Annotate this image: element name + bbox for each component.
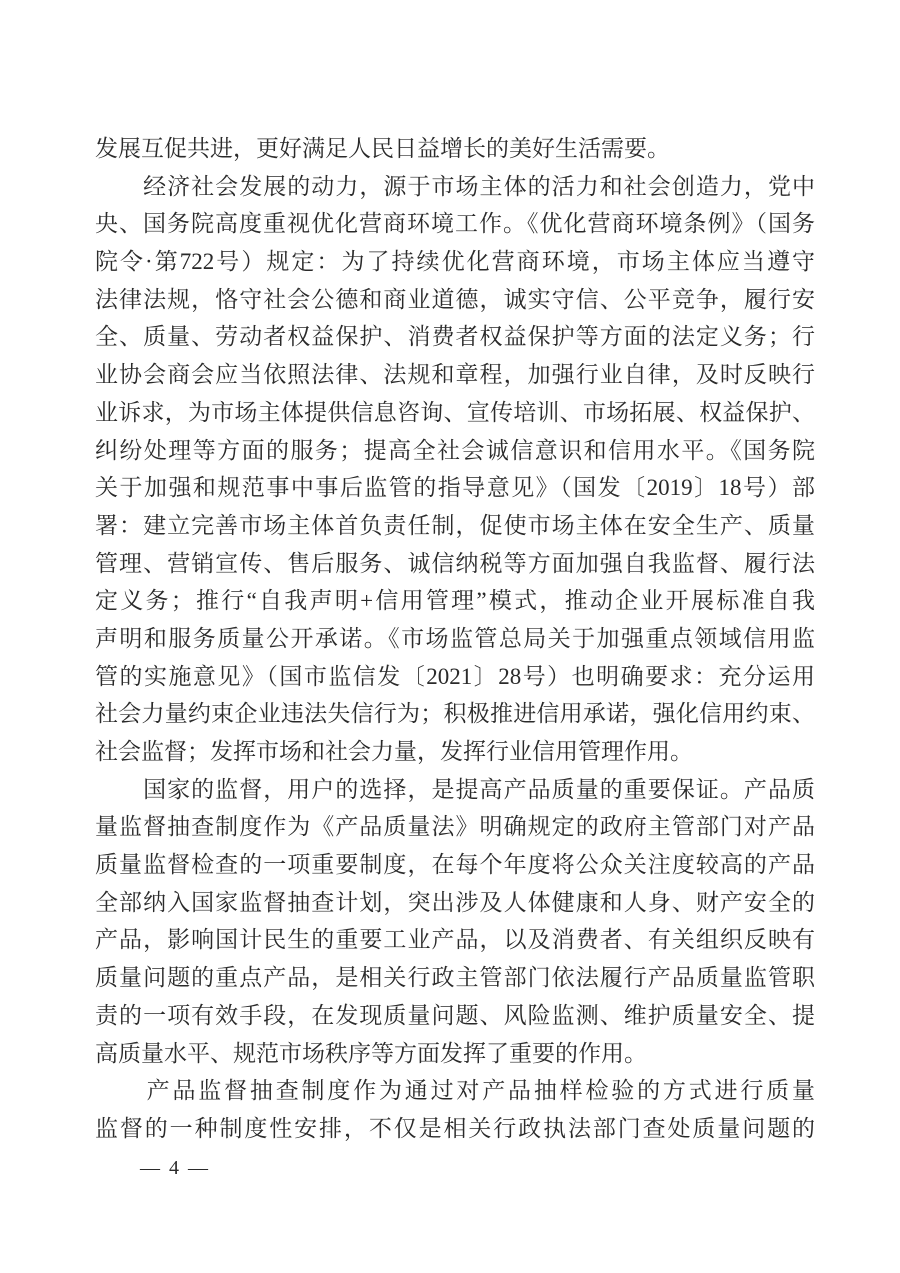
text-line: 业诉求，为市场主体提供信息咨询、宣传培训、市场拓展、权益保护、 xyxy=(95,394,815,432)
text-line: 发展互促共进，更好满足人民日益增长的美好生活需要。 xyxy=(95,130,815,168)
text-line: 责的一项有效手段，在发现质量问题、风险监测、维护质量安全、提 xyxy=(95,997,815,1035)
document-page: 发展互促共进，更好满足人民日益增长的美好生活需要。 经济社会发展的动力，源于市场… xyxy=(0,0,900,1273)
text-line: 院令·第722号）规定：为了持续优化营商环境，市场主体应当遵守 xyxy=(95,243,815,281)
text-line: 社会监督；发挥市场和社会力量，发挥行业信用管理作用。 xyxy=(95,733,815,771)
text-line: 业协会商会应当依照法律、法规和章程，加强行业自律，及时反映行 xyxy=(95,356,815,394)
text-line: 经济社会发展的动力，源于市场主体的活力和社会创造力，党中 xyxy=(95,168,815,206)
text-line: 高质量水平、规范市场秩序等方面发挥了重要的作用。 xyxy=(95,1035,815,1073)
text-line: 纠纷处理等方面的服务；提高全社会诚信意识和信用水平。《国务院 xyxy=(95,432,815,470)
text-line: 管理、营销宣传、售后服务、诚信纳税等方面加强自我监督、履行法 xyxy=(95,545,815,583)
text-line: 全、质量、劳动者权益保护、消费者权益保护等方面的法定义务；行 xyxy=(95,318,815,356)
text-line: 法律法规，恪守社会公德和商业道德，诚实守信、公平竞争，履行安 xyxy=(95,281,815,319)
text-line: 署：建立完善市场主体首负责任制，促使市场主体在安全生产、质量 xyxy=(95,507,815,545)
page-number: — 4 — xyxy=(140,1155,210,1181)
text-line: 央、国务院高度重视优化营商环境工作。《优化营商环境条例》（国务 xyxy=(95,205,815,243)
text-line: 监督的一种制度性安排，不仅是相关行政执法部门查处质量问题的 xyxy=(95,1110,815,1148)
text-line: 声明和服务质量公开承诺。《市场监管总局关于加强重点领域信用监 xyxy=(95,620,815,658)
text-line: 定义务；推行“自我声明+信用管理”模式，推动企业开展标准自我 xyxy=(95,582,815,620)
text-line: 产品，影响国计民生的重要工业产品，以及消费者、有关组织反映有 xyxy=(95,921,815,959)
text-line: 管的实施意见》（国市监信发〔2021〕28号）也明确要求：充分运用 xyxy=(95,658,815,696)
text-line: 量监督抽查制度作为《产品质量法》明确规定的政府主管部门对产品 xyxy=(95,808,815,846)
document-body: 发展互促共进，更好满足人民日益增长的美好生活需要。 经济社会发展的动力，源于市场… xyxy=(95,130,815,1148)
text-line: 质量问题的重点产品，是相关行政主管部门依法履行产品质量监管职 xyxy=(95,959,815,997)
text-line: 产品监督抽查制度作为通过对产品抽样检验的方式进行质量 xyxy=(95,1072,815,1110)
text-line: 关于加强和规范事中事后监管的指导意见》（国发〔2019〕18号）部 xyxy=(95,469,815,507)
text-line: 质量监督检查的一项重要制度，在每个年度将公众关注度较高的产品 xyxy=(95,846,815,884)
text-line: 全部纳入国家监督抽查计划，突出涉及人体健康和人身、财产安全的 xyxy=(95,884,815,922)
text-line: 社会力量约束企业违法失信行为；积极推进信用承诺，强化信用约束、 xyxy=(95,695,815,733)
text-line: 国家的监督，用户的选择，是提高产品质量的重要保证。产品质 xyxy=(95,771,815,809)
